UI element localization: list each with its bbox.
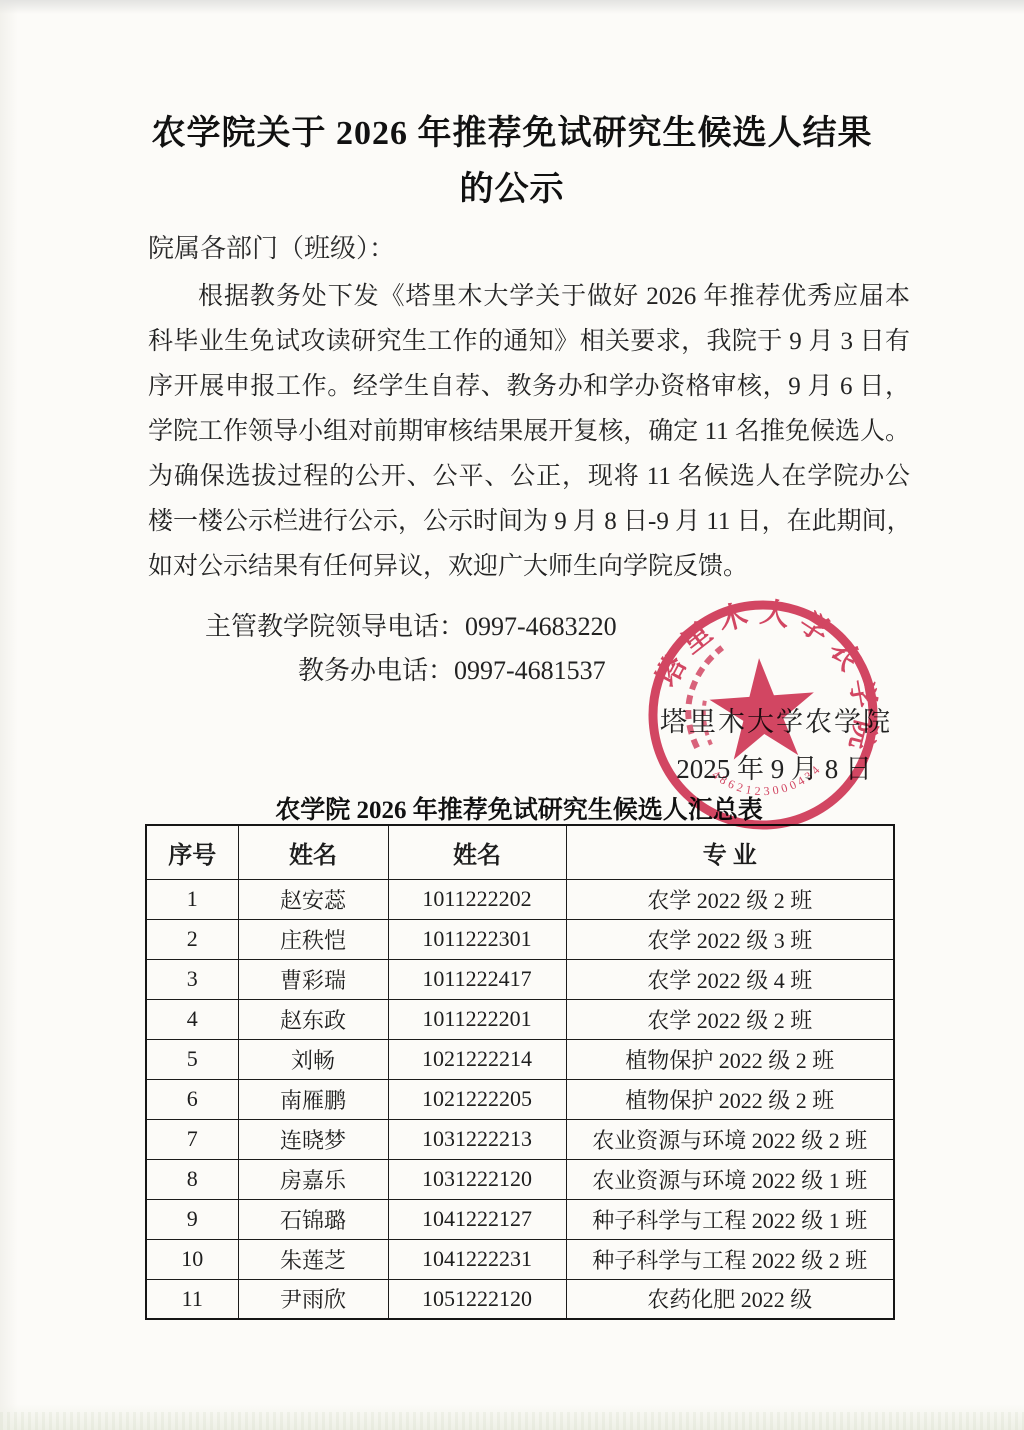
cell-index: 2	[146, 919, 238, 959]
table-row: 2庄秩恺1011222301农学 2022 级 3 班	[146, 919, 894, 959]
cell-index: 5	[146, 1039, 238, 1079]
cell-student-id: 1041222127	[388, 1199, 566, 1239]
cell-name: 赵东政	[238, 999, 388, 1039]
table-row: 4赵东政1011222201农学 2022 级 2 班	[146, 999, 894, 1039]
table-row: 5刘畅1021222214植物保护 2022 级 2 班	[146, 1039, 894, 1079]
cell-name: 刘畅	[238, 1039, 388, 1079]
cell-student-id: 1031222120	[388, 1159, 566, 1199]
cell-index: 11	[146, 1279, 238, 1319]
table-row: 3曹彩瑞1011222417农学 2022 级 4 班	[146, 959, 894, 999]
cell-index: 1	[146, 879, 238, 919]
cell-name: 赵安蕊	[238, 879, 388, 919]
cell-name: 朱莲芝	[238, 1239, 388, 1279]
cell-index: 4	[146, 999, 238, 1039]
column-header: 姓名	[238, 825, 388, 879]
cell-name: 庄秩恺	[238, 919, 388, 959]
body-line: 根据教务处下发《塔里木大学关于做好 2026 年推荐优秀应届本	[148, 274, 910, 319]
cell-name: 房嘉乐	[238, 1159, 388, 1199]
cell-major: 农业资源与环境 2022 级 2 班	[566, 1119, 894, 1159]
table-row: 8房嘉乐1031222120农业资源与环境 2022 级 1 班	[146, 1159, 894, 1199]
cell-index: 9	[146, 1199, 238, 1239]
cell-index: 8	[146, 1159, 238, 1199]
cell-index: 6	[146, 1079, 238, 1119]
cell-name: 南雁鹏	[238, 1079, 388, 1119]
cell-student-id: 1011222417	[388, 959, 566, 999]
table-row: 11尹雨欣1051222120农药化肥 2022 级	[146, 1279, 894, 1319]
cell-student-id: 1011222301	[388, 919, 566, 959]
table-row: 10朱莲芝1041222231种子科学与工程 2022 级 2 班	[146, 1239, 894, 1279]
cell-major: 农业资源与环境 2022 级 1 班	[566, 1159, 894, 1199]
stamp-star-icon	[707, 654, 818, 761]
cell-major: 种子科学与工程 2022 级 1 班	[566, 1199, 894, 1239]
cell-name: 连晓梦	[238, 1119, 388, 1159]
cell-major: 农学 2022 级 3 班	[566, 919, 894, 959]
table-row: 6南雁鹏1021222205植物保护 2022 级 2 班	[146, 1079, 894, 1119]
cell-name: 石锦璐	[238, 1199, 388, 1239]
salutation: 院属各部门（班级）：	[148, 228, 395, 265]
table-row: 7连晓梦1031222213农业资源与环境 2022 级 2 班	[146, 1119, 894, 1159]
scanned-document-page: 农学院关于 2026 年推荐免试研究生候选人结果 的公示 院属各部门（班级）： …	[0, 0, 1024, 1430]
cell-student-id: 1011222201	[388, 999, 566, 1039]
body-line: 为确保选拔过程的公开、公平、公正，现将 11 名候选人在学院办公	[148, 454, 910, 499]
cell-student-id: 1031222213	[388, 1119, 566, 1159]
body-line: 科毕业生免试攻读研究生工作的通知》相关要求，我院于 9 月 3 日有	[148, 319, 910, 364]
cell-student-id: 1021222214	[388, 1039, 566, 1079]
column-header: 姓名	[388, 825, 566, 879]
candidate-roster-table: 序号姓名姓名专 业 1赵安蕊1011222202农学 2022 级 2 班2庄秩…	[145, 824, 895, 1320]
leader-phone-line: 主管教学院领导电话：0997-4683220	[205, 606, 617, 643]
scan-edge-artifact	[0, 1412, 1024, 1430]
document-title: 农学院关于 2026 年推荐免试研究生候选人结果 的公示	[112, 106, 912, 218]
cell-index: 10	[146, 1239, 238, 1279]
body-line: 序开展申报工作。经学生自荐、教务办和学办资格审核，9 月 6 日，	[148, 364, 910, 409]
cell-name: 曹彩瑞	[238, 959, 388, 999]
cell-name: 尹雨欣	[238, 1279, 388, 1319]
document-title-line2: 的公示	[112, 162, 912, 218]
cell-index: 3	[146, 959, 238, 999]
body-line: 如对公示结果有任何异议，欢迎广大师生向学院反馈。	[148, 544, 910, 589]
table-row: 9石锦璐1041222127种子科学与工程 2022 级 1 班	[146, 1199, 894, 1239]
cell-index: 7	[146, 1119, 238, 1159]
cell-student-id: 1051222120	[388, 1279, 566, 1319]
cell-student-id: 1021222205	[388, 1079, 566, 1119]
cell-student-id: 1041222231	[388, 1239, 566, 1279]
table-row: 1赵安蕊1011222202农学 2022 级 2 班	[146, 879, 894, 919]
office-phone-line: 教务办电话：0997-4681537	[298, 650, 606, 687]
column-header: 序号	[146, 825, 238, 879]
stamp-serial-number: 4862123000434	[709, 760, 827, 802]
cell-major: 植物保护 2022 级 2 班	[566, 1039, 894, 1079]
cell-major: 种子科学与工程 2022 级 2 班	[566, 1239, 894, 1279]
body-line: 学院工作领导小组对前期审核结果展开复核，确定 11 名推免候选人。	[148, 409, 910, 454]
cell-major: 农药化肥 2022 级	[566, 1279, 894, 1319]
stamp-uyghur-script-decoration-2	[703, 697, 711, 745]
body-paragraph: 根据教务处下发《塔里木大学关于做好 2026 年推荐优秀应届本科毕业生免试攻读研…	[148, 274, 910, 589]
document-title-line1: 农学院关于 2026 年推荐免试研究生候选人结果	[112, 106, 912, 162]
body-line: 楼一楼公示栏进行公示，公示时间为 9 月 8 日-9 月 11 日，在此期间，	[148, 499, 910, 544]
cell-major: 农学 2022 级 2 班	[566, 879, 894, 919]
cell-major: 植物保护 2022 级 2 班	[566, 1079, 894, 1119]
cell-major: 农学 2022 级 2 班	[566, 999, 894, 1039]
cell-major: 农学 2022 级 4 班	[566, 959, 894, 999]
cell-student-id: 1011222202	[388, 879, 566, 919]
official-seal-stamp: 塔里木大学农学院 4862123000434	[635, 587, 891, 843]
